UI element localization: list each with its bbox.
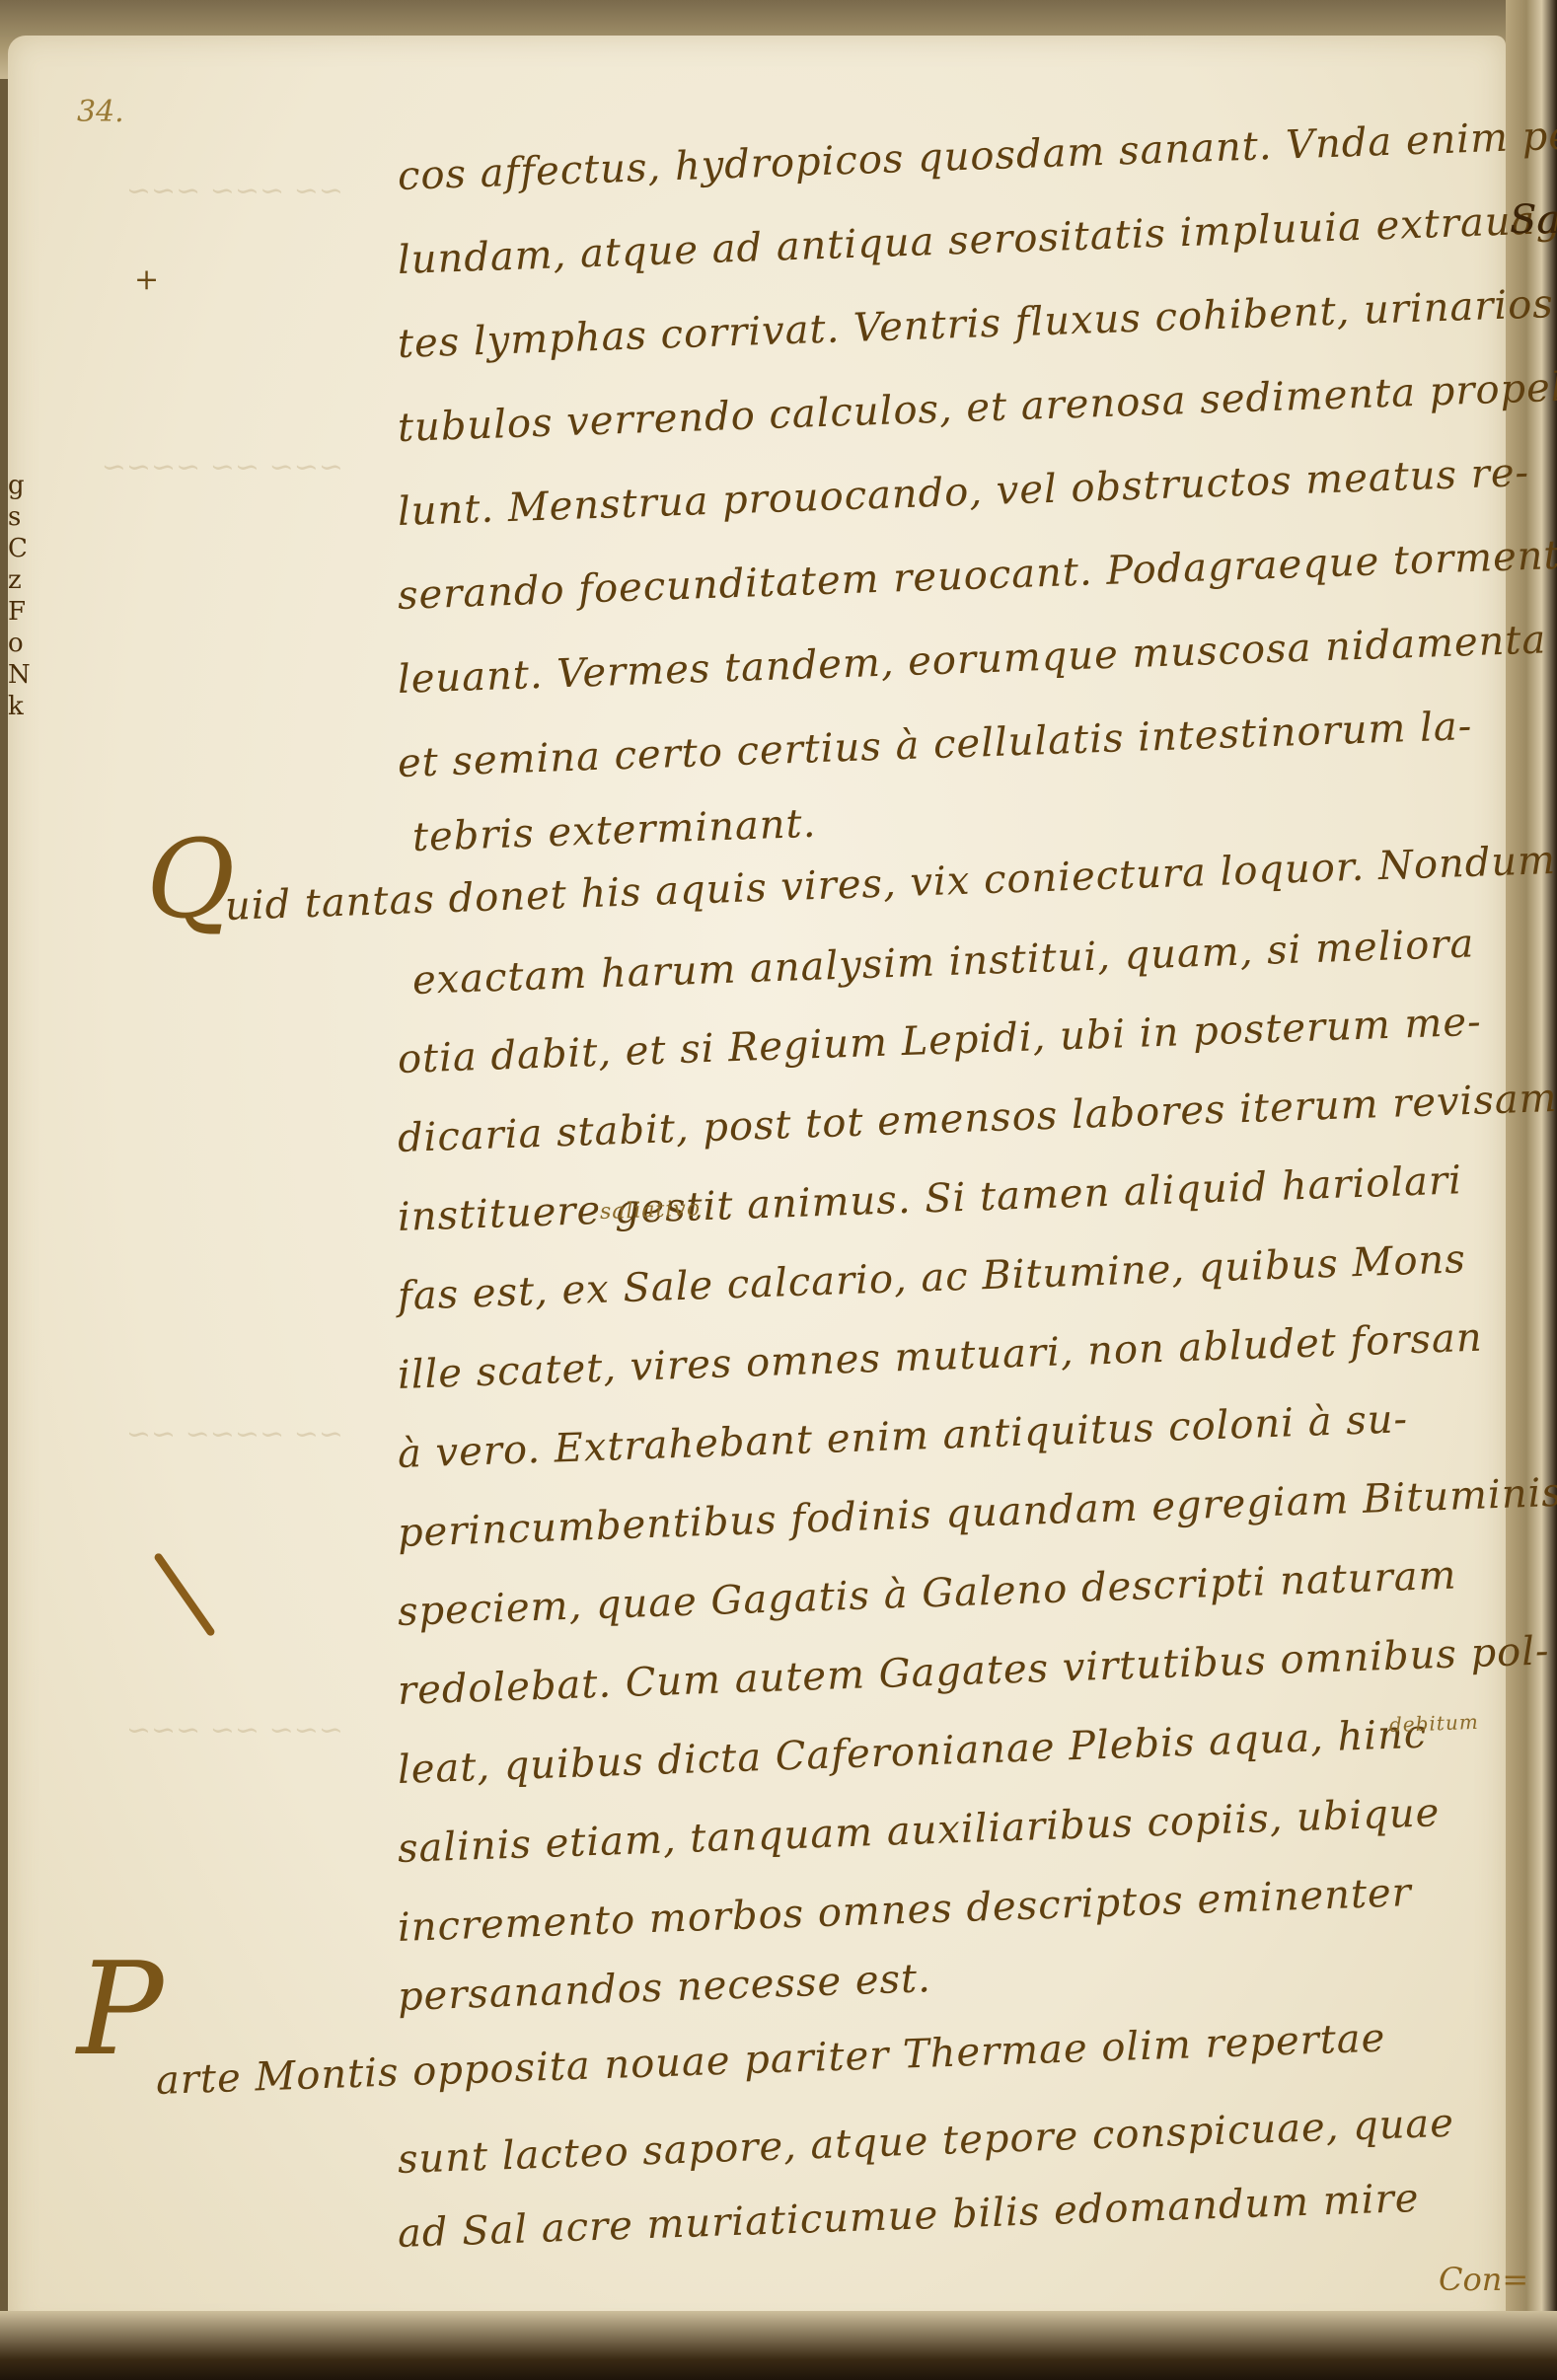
text-line: serando foecunditatem reuocant. Podagrae… [397, 532, 1557, 619]
manuscript-scan: 34. ~~ ~~~ ~~~ ~~~ ~~ ~~~~ ~~ ~~~~ ~~ ~~… [0, 0, 1557, 2380]
book-bottom-edge [0, 2311, 1557, 2380]
text-line: incremento morbos omnes descriptos emine… [397, 1870, 1412, 1951]
text-line: cos affectus, hydropicos quosdam sanant.… [397, 112, 1557, 199]
drop-initial-p: P [77, 1945, 163, 2073]
text-line: speciem, quae Gagatis à Galeno descripti… [397, 1553, 1457, 1635]
interlinear-insertion: debitum [1389, 1710, 1480, 1737]
text-line: fas est, ex Sale calcario, ac Bitumine, … [397, 1236, 1466, 1319]
text-line: dicaria stabit, post tot emensos labores… [397, 1075, 1557, 1161]
text-line: perincumbentibus fodinis quandam egregia… [397, 1470, 1557, 1556]
text-line: sunt lacteo sapore, atque tepore conspic… [397, 2101, 1454, 2183]
text-line: instituere gestit animus. Si tamen aliqu… [397, 1157, 1462, 1240]
text-line: tes lymphas corrivat. Ventris fluxus coh… [397, 278, 1557, 367]
manuscript-page: 34. ~~ ~~~ ~~~ ~~~ ~~ ~~~~ ~~ ~~~~ ~~ ~~… [8, 36, 1506, 2335]
right-margin-fragment: San [1510, 197, 1557, 243]
text-line: leuant. Vermes tandem, eorumque muscosa … [397, 617, 1547, 703]
text-block: cos affectus, hydropicos quosdam sanant.… [8, 36, 1506, 2335]
text-line: salinis etiam, tanquam auxiliaribus copi… [397, 1790, 1441, 1872]
text-line: lundam, atque ad antiqua serositatis imp… [397, 195, 1557, 283]
binding-edge-right [1506, 0, 1557, 2380]
text-line: arte Montis opposita nouae pariter Therm… [155, 2015, 1386, 2103]
text-line: et semina certo certius à cellulatis int… [397, 704, 1473, 786]
text-line: tubulos verrendo calculos, et arenosa se… [397, 364, 1557, 451]
text-line: lunt. Menstrua prouocando, vel obstructo… [397, 450, 1530, 535]
text-line: ille scatet, vires omnes mutuari, non ab… [397, 1315, 1483, 1398]
text-line: leat, quibus dicta Caferonianae Plebis a… [397, 1712, 1428, 1793]
interlinear-insertion: saliativo [600, 1196, 702, 1225]
text-line: redolebat. Cum autem Gagates virtutibus … [397, 1628, 1550, 1714]
text-line: otia dabit, et si Regium Lepidi, ubi in … [397, 1000, 1482, 1082]
catchword: Con= [1439, 2261, 1528, 2298]
text-line: exactam harum analysim institui, quam, s… [411, 921, 1475, 1004]
text-line: tebris exterminant. [411, 801, 817, 860]
drop-initial-q: Q [146, 825, 235, 933]
text-line: persanandos necesse est. [397, 1956, 931, 2020]
text-line: ad Sal acre muriaticumue bilis edomandum… [397, 2176, 1420, 2257]
text-line: à vero. Extrahebant enim antiquitus colo… [397, 1396, 1409, 1477]
